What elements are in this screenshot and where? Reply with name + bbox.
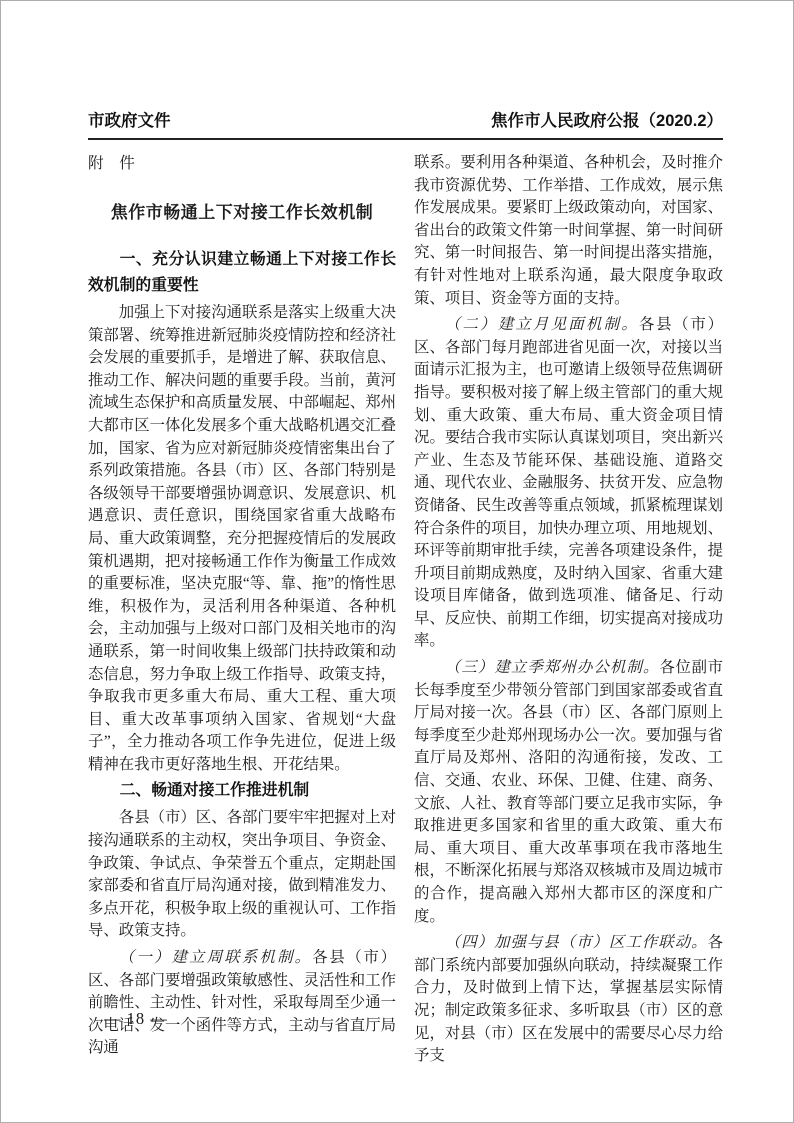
sub-item-lead: （一）建立周联系机制。 [119, 949, 312, 966]
paragraph-sub-item-3: （三）建立季郑州办公机制。各位副市长每季度至少带领分管部门到国家部委或省直厅局对… [414, 657, 723, 928]
page-number: — 18 — [104, 1009, 168, 1029]
left-column: 附 件 焦作市畅通上下对接工作长效机制 一、充分认识建立畅通上下对接工作长效机制… [88, 152, 396, 1068]
paragraph: 各县（市）区、各部门要牢牢把握对上对接沟通联系的主动权，突出争项目、争资金、争政… [88, 807, 396, 943]
two-column-layout: 附 件 焦作市畅通上下对接工作长效机制 一、充分认识建立畅通上下对接工作长效机制… [88, 152, 723, 1068]
section-heading-2: 二、畅通对接工作推进机制 [88, 778, 396, 804]
right-column: 联系。要利用各种渠道、各种机会，及时推介我市资源优势、工作举措、工作成效，展示焦… [414, 152, 723, 1068]
document-title: 焦作市畅通上下对接工作长效机制 [88, 201, 396, 225]
header-gazette-title: 焦作市人民政府公报（2020.2） [491, 107, 723, 131]
document-page: 市政府文件 焦作市人民政府公报（2020.2） 附 件 焦作市畅通上下对接工作长… [0, 0, 794, 1123]
paragraph-sub-item-2: （二）建立月见面机制。各县（市）区、各部门每月跑部进省见面一次，对接以当面请示汇… [414, 314, 723, 653]
attachment-label: 附 件 [88, 152, 396, 175]
paragraph-sub-item-4: （四）加强与县（市）区工作联动。各部门系统内部要加强纵向联动，持续凝聚工作合力，… [414, 932, 723, 1068]
section-heading-1: 一、充分认识建立畅通上下对接工作长效机制的重要性 [88, 247, 396, 299]
sub-item-text: 各位副市长每季度至少带领分管部门到国家部委或省直厅局对接一次。各县（市）区、各部… [414, 659, 723, 925]
page-content: 市政府文件 焦作市人民政府公报（2020.2） 附 件 焦作市畅通上下对接工作长… [88, 107, 723, 1068]
header-section-label: 市政府文件 [88, 107, 171, 131]
sub-item-text: 各部门系统内部要加强纵向联动，持续凝聚工作合力，及时做到上情下达，掌握基层实际情… [414, 934, 723, 1064]
sub-item-lead: （二）建立月见面机制。 [445, 316, 639, 333]
paragraph-sub-item-1: （一）建立周联系机制。各县（市）区、各部门要增强政策敏感性、灵活性和工作前瞻性、… [88, 947, 396, 1060]
page-header: 市政府文件 焦作市人民政府公报（2020.2） [88, 107, 723, 140]
sub-item-lead: （三）建立季郑州办公机制。 [445, 659, 660, 676]
sub-item-text: 各县（市）区、各部门每月跑部进省见面一次，对接以当面请示汇报为主，也可邀请上级领… [414, 316, 723, 649]
paragraph: 加强上下对接沟通联系是落实上级重大决策部署、统筹推进新冠肺炎疫情防控和经济社会发… [88, 302, 396, 776]
paragraph-continuation: 联系。要利用各种渠道、各种机会，及时推介我市资源优势、工作举措、工作成效，展示焦… [414, 152, 723, 310]
sub-item-lead: （四）加强与县（市）区工作联动。 [445, 934, 708, 951]
